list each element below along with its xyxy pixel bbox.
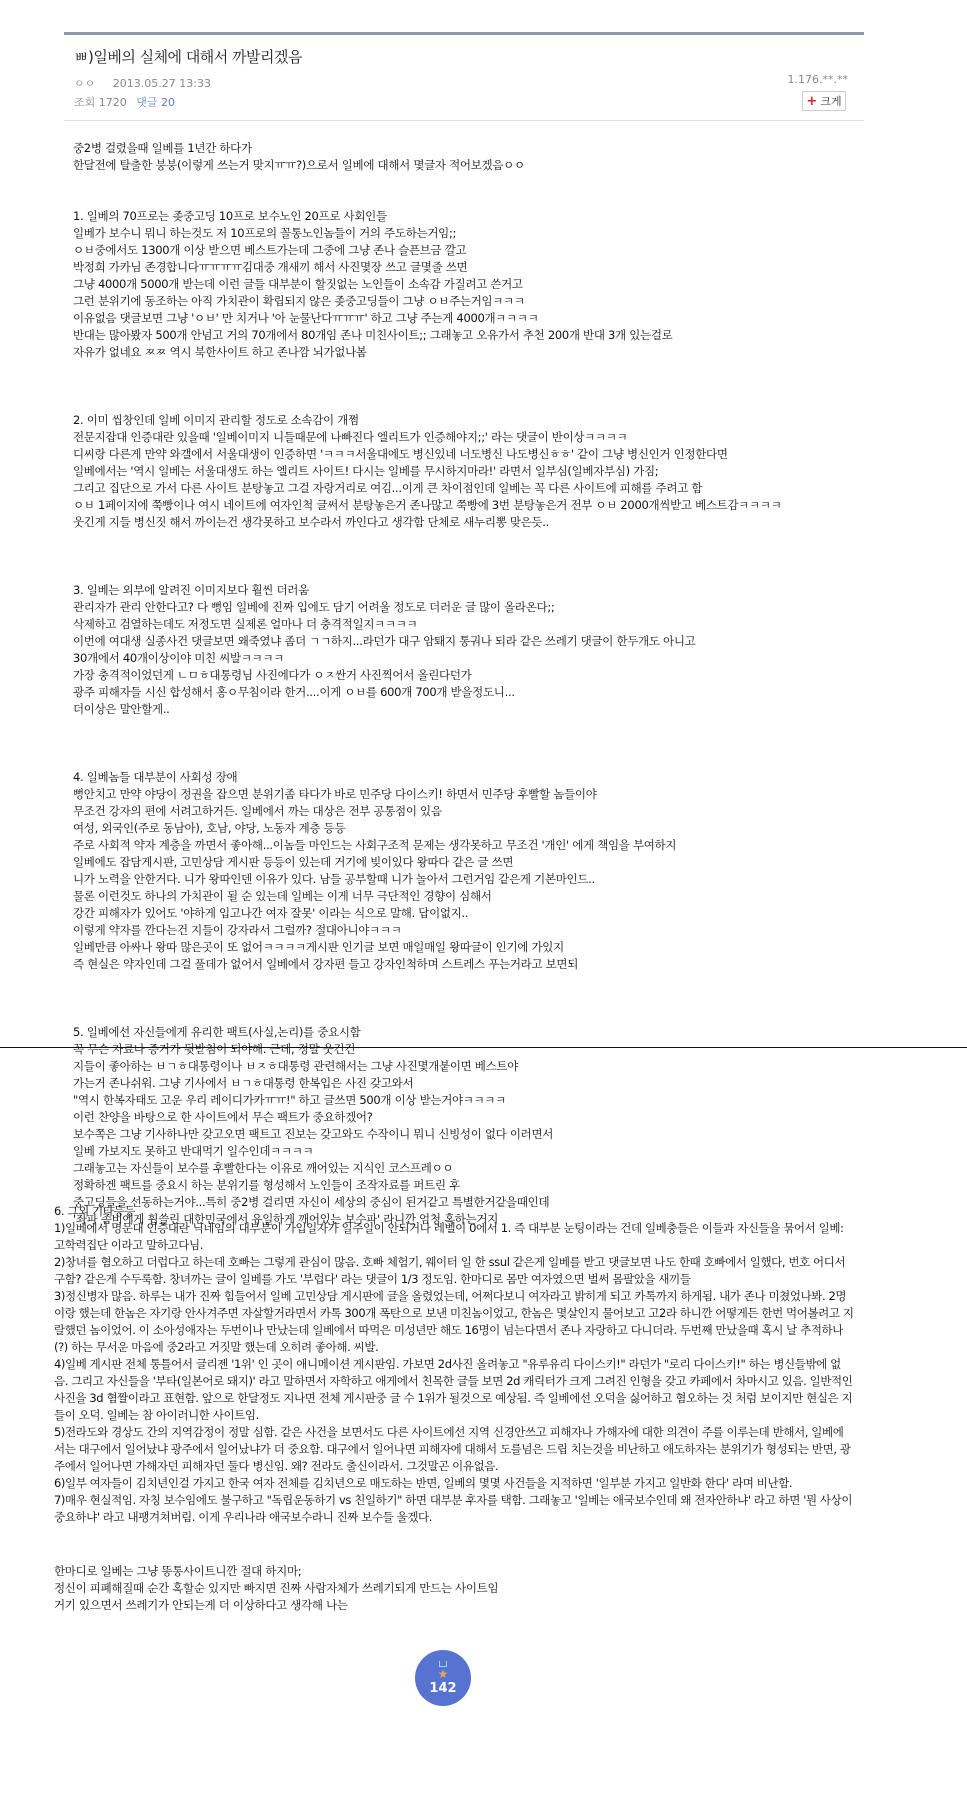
body-line: 그래놓고는 자신들이 보수를 후빨한다는 이유로 깨어있는 지식인 코스프레ㅇㅇ [73, 1160, 833, 1177]
body-line: 그리고 집단으로 가서 다른 사이트 분탕놓고 그걸 자랑거리로 여김...이게… [73, 480, 833, 497]
body-line: 일베만큼 아싸나 왕따 많은곳이 또 없어ㅋㅋㅋㅋ게시판 인기글 보면 매일매일… [73, 939, 833, 956]
section-2: 2. 이미 씹창인데 일베 이미지 관리할 정도로 소속감이 개쩜 전문지잡대 … [73, 412, 833, 531]
post-header: ㅃ)일베의 실체에 대해서 까발리겠음 ㅇㅇ 2013.05.27 13:33 … [64, 32, 864, 121]
body-line: 30개에서 40개이상이야 미친 씨발ㅋㅋㅋㅋ [73, 650, 833, 667]
post-stats: 조회 1720 댓글 20 [74, 94, 175, 110]
body-line: 광주 피해자들 시신 합성해서 홍ㅇ무침이라 한거....이게 ㅇㅂ를 600개… [73, 684, 833, 701]
body-line: 더이상은 말안할게.. [73, 701, 833, 718]
body-line: "역시 한복자태도 고운 우리 레이디가카ㅠㅠ!" 하고 글쓰면 500개 이상… [73, 1092, 833, 1109]
body-line: 니가 노력을 안한거다. 니가 왕따인덴 이유가 있다. 남들 공부할때 니가 … [73, 871, 833, 888]
body-line: 이런 찬양을 바탕으로 한 사이트에서 무슨 팩트가 중요하겠어? [73, 1109, 833, 1126]
body-paragraph: 7)매우 현실적임. 자칭 보수임에도 불구하고 "독립운동하기 vs 친일하기… [54, 1492, 854, 1526]
body-line: 강간 피해자가 있어도 '야하게 입고나간 여자 잘못' 이라는 식으로 말해.… [73, 905, 833, 922]
body-line: 전문지잡대 인증대란 있을때 '일베이미지 니들때문에 나빠진다 엘리트가 인증… [73, 429, 833, 446]
recommend-count: 142 [429, 1681, 456, 1696]
body-line: 일베에도 잡담게시판, 고민상담 게시판 등등이 있는데 거기에 빚이있다 왕따… [73, 854, 833, 871]
body-line: 주로 사회적 약자 계층을 까면서 좋아해...이놈들 마인드는 사회구조적 문… [73, 837, 833, 854]
author-name[interactable]: ㅇㅇ [74, 77, 95, 90]
body-line: 이유없음 댓글보면 그냥 'ㅇㅂ' 만 치거나 '아 눈물난다ㅠㅠㅠ' 하고 그… [73, 310, 833, 327]
body-line: 정확하겐 팩트를 중요시 하는 분위기를 형성해서 노인들이 조작자료를 퍼트린… [73, 1177, 833, 1194]
body-line: 그냥 4000개 5000개 받는데 이런 글들 대부분이 할짓없는 노인들이 … [73, 276, 833, 293]
body-line: 반대는 많아봤자 500개 안넘고 거의 70개에서 80개임 존나 미친사이트… [73, 327, 833, 344]
body-line: 일베 가보지도 못하고 반대먹기 일수인데ㅋㅋㅋㅋ [73, 1143, 833, 1160]
author-ip: 1.176.**.** [788, 73, 848, 86]
section-3: 3. 일베는 외부에 알려진 이미지보다 훨씬 더러움 관리자가 관리 안한다고… [73, 582, 833, 718]
section-1: 1. 일베의 70프로는 좆중고딩 10프로 보수노인 20프로 사회인들 일베… [73, 208, 833, 361]
medal-ribbon-icon [439, 1661, 447, 1667]
body-line: 지들이 좋아하는 ㅂㄱㅎ대통령이나 ㅂㅈㅎ대통령 관련해서는 그냥 사진몇개붙이… [73, 1058, 833, 1075]
body-paragraph: 1)일베에서 명문대 인증대란 닉네임의 대부분이 가입일자가 일주일이 안되거… [54, 1220, 854, 1254]
section-heading: 5. 일베에선 자신들에게 유리한 팩트(사실,논리)를 중요시함 [73, 1024, 833, 1041]
enlarge-label: 크게 [820, 93, 841, 109]
view-count: 조회 1720 [74, 96, 127, 109]
body-line: 가는거 존나쉬워. 그냥 기사에서 ㅂㄱㅎ대통령 한복입은 사진 갖고와서 [73, 1075, 833, 1092]
body-line: 자유가 없네요 ㅉㅉ 역시 북한사이트 하고 존나깜 뇌가없나봄 [73, 344, 833, 361]
body-line: 무조건 강자의 편에 서려고하거든. 일베에서 까는 대상은 전부 공통점이 있… [73, 803, 833, 820]
body-line: 거기 있으면서 쓰레기가 안되는게 더 이상하다고 생각해 나는 [54, 1597, 498, 1614]
closing-paragraph: 한마디로 일베는 그냥 똥통사이트니깐 절대 하지마; 정신이 피폐해질때 순간… [54, 1563, 498, 1614]
body-paragraph: 2)창녀를 혐오하고 더럽다고 하는데 호빠는 그렇게 관심이 많음. 호빠 체… [54, 1254, 854, 1288]
section-heading: 1. 일베의 70프로는 좆중고딩 10프로 보수노인 20프로 사회인들 [73, 208, 833, 225]
body-paragraph: 6)일부 여자들이 김치년인걸 가지고 한국 여자 전체를 김치년으로 매도하는… [54, 1475, 854, 1492]
body-line: 물론 이런것도 하나의 가치관이 될 순 있는데 일베는 이게 너무 극단적인 … [73, 888, 833, 905]
plus-icon: + [806, 94, 817, 109]
section-heading: 6. 그외 기타등등 [54, 1203, 854, 1220]
body-line: 꼭 무슨 자료나 증거가 뒷받침이 되야해. 근데, 정말 웃긴건 [73, 1041, 833, 1058]
body-line: 디씨랑 다른게 만약 와갤에서 서울대생이 인증하면 'ㅋㅋㅋ서울대에도 병신있… [73, 446, 833, 463]
body-line: 정신이 피폐해질때 순간 혹할순 있지만 빠지면 진짜 사람자체가 쓰레기되게 … [54, 1580, 498, 1597]
section-6: 6. 그외 기타등등 1)일베에서 명문대 인증대란 닉네임의 대부분이 가입일… [54, 1203, 854, 1526]
comment-count-link[interactable]: 댓글 20 [136, 96, 175, 109]
recommend-button[interactable]: ★ 142 [415, 1650, 471, 1706]
body-line: 이번에 여대생 실종사건 댓글보면 왜죽였냐 좀더 ㄱㄱ하지...라던가 대구 … [73, 633, 833, 650]
body-paragraph: 5)전라도와 경상도 간의 지역감정이 정말 심함. 같은 사건을 보면서도 다… [54, 1424, 854, 1475]
section-5: 5. 일베에선 자신들에게 유리한 팩트(사실,논리)를 중요시함 꼭 무슨 자… [73, 1024, 833, 1228]
body-line: 여성, 외국인(주로 동남아), 호남, 야당, 노동자 계층 등등 [73, 820, 833, 837]
enlarge-text-button[interactable]: + 크게 [802, 91, 846, 111]
medal-star-icon: ★ [438, 1668, 449, 1680]
section-heading: 2. 이미 씹창인데 일베 이미지 관리할 정도로 소속감이 개쩜 [73, 412, 833, 429]
body-line: 삭제하고 검열하는데도 저정도면 실제론 얼마나 더 충격적일지ㅋㅋㅋㅋ [73, 616, 833, 633]
body-line: ㅇㅂ중에서도 1300개 이상 받으면 베스트가는데 그중에 그냥 존나 슬픈브… [73, 242, 833, 259]
section-heading: 4. 일베놈들 대부분이 사회성 장애 [73, 769, 833, 786]
body-line: 관리자가 관리 안한다고? 다 뻥임 일베에 진짜 입에도 담기 어려울 정도로… [73, 599, 833, 616]
body-line: 이렇게 약자를 깐다는건 지들이 강자라서 그럴까? 절대아니야ㅋㅋㅋ [73, 922, 833, 939]
body-line: 중2병 걸렸을때 일베를 1년간 하다가 [73, 140, 833, 157]
intro-paragraph: 중2병 걸렸을때 일베를 1년간 하다가 한달전에 탈출한 붕붕(이렇게 쓰는거… [73, 140, 833, 174]
post-meta: ㅇㅇ 2013.05.27 13:33 [74, 75, 225, 91]
section-heading: 3. 일베는 외부에 알려진 이미지보다 훨씬 더러움 [73, 582, 833, 599]
section-4: 4. 일베놈들 대부분이 사회성 장애 뻥안치고 만약 야당이 정권을 잡으면 … [73, 769, 833, 973]
body-line: 웃긴게 지들 병신짓 해서 까이는건 생각못하고 보수라서 까인다고 생각함 단… [73, 514, 833, 531]
body-line: 가장 충격적이었던게 ㄴㅁㅎ대통령님 사진에다가 ㅇㅈ싼거 사진찍어서 올린다던… [73, 667, 833, 684]
body-line: 박정희 가카님 존경합니다ㅠㅠㅠㅠ김대중 개새끼 해서 사진몇장 쓰고 글몇줄 … [73, 259, 833, 276]
body-paragraph: 4)일베 게시판 전체 통틀어서 글리젠 '1위' 인 곳이 애니메이션 게시판… [54, 1356, 854, 1424]
body-paragraph: 3)정신병자 많음. 하루는 내가 진짜 힘들어서 일베 고민상담 게시판에 글… [54, 1288, 854, 1356]
body-line: 한마디로 일베는 그냥 똥통사이트니깐 절대 하지마; [54, 1563, 498, 1580]
body-line: 일베에서는 '역시 일베는 서울대생도 하는 엘리트 사이트! 다시는 일베를 … [73, 463, 833, 480]
post-title: ㅃ)일베의 실체에 대해서 까발리겠음 [74, 46, 302, 67]
body-line: 일베가 보수니 뭐니 하는것도 저 10프로의 꼴통노인놈들이 거의 주도하는거… [73, 225, 833, 242]
body-line: ㅇㅂ 1페이지에 쭉빵이나 여시 네이트에 여자인척 글써서 분탕놓은거 존나많… [73, 497, 833, 514]
body-line: 그런 분위기에 동조하는 아직 가치관이 확립되지 않은 좆중고딩들이 그냥 ㅇ… [73, 293, 833, 310]
post-body: 중2병 걸렸을때 일베를 1년간 하다가 한달전에 탈출한 붕붕(이렇게 쓰는거… [73, 140, 833, 1262]
body-line: 한달전에 탈출한 붕붕(이렇게 쓰는거 맞지ㅠㅠ?)으로서 일베에 대해서 몇글… [73, 157, 833, 174]
screenshot-splice-divider [0, 1047, 967, 1048]
post-datetime: 2013.05.27 13:33 [113, 77, 211, 90]
body-line: 보수쪽은 그냥 기사하나만 갖고오면 팩트고 진보는 갖고와도 수작이니 뭐니 … [73, 1126, 833, 1143]
body-line: 뻥안치고 만약 야당이 정권을 잡으면 분위기좀 타다가 바로 민주당 다이스키… [73, 786, 833, 803]
body-line: 즉 현실은 약자인데 그걸 풀데가 없어서 일베에서 강자편 들고 강자인척하며… [73, 956, 833, 973]
